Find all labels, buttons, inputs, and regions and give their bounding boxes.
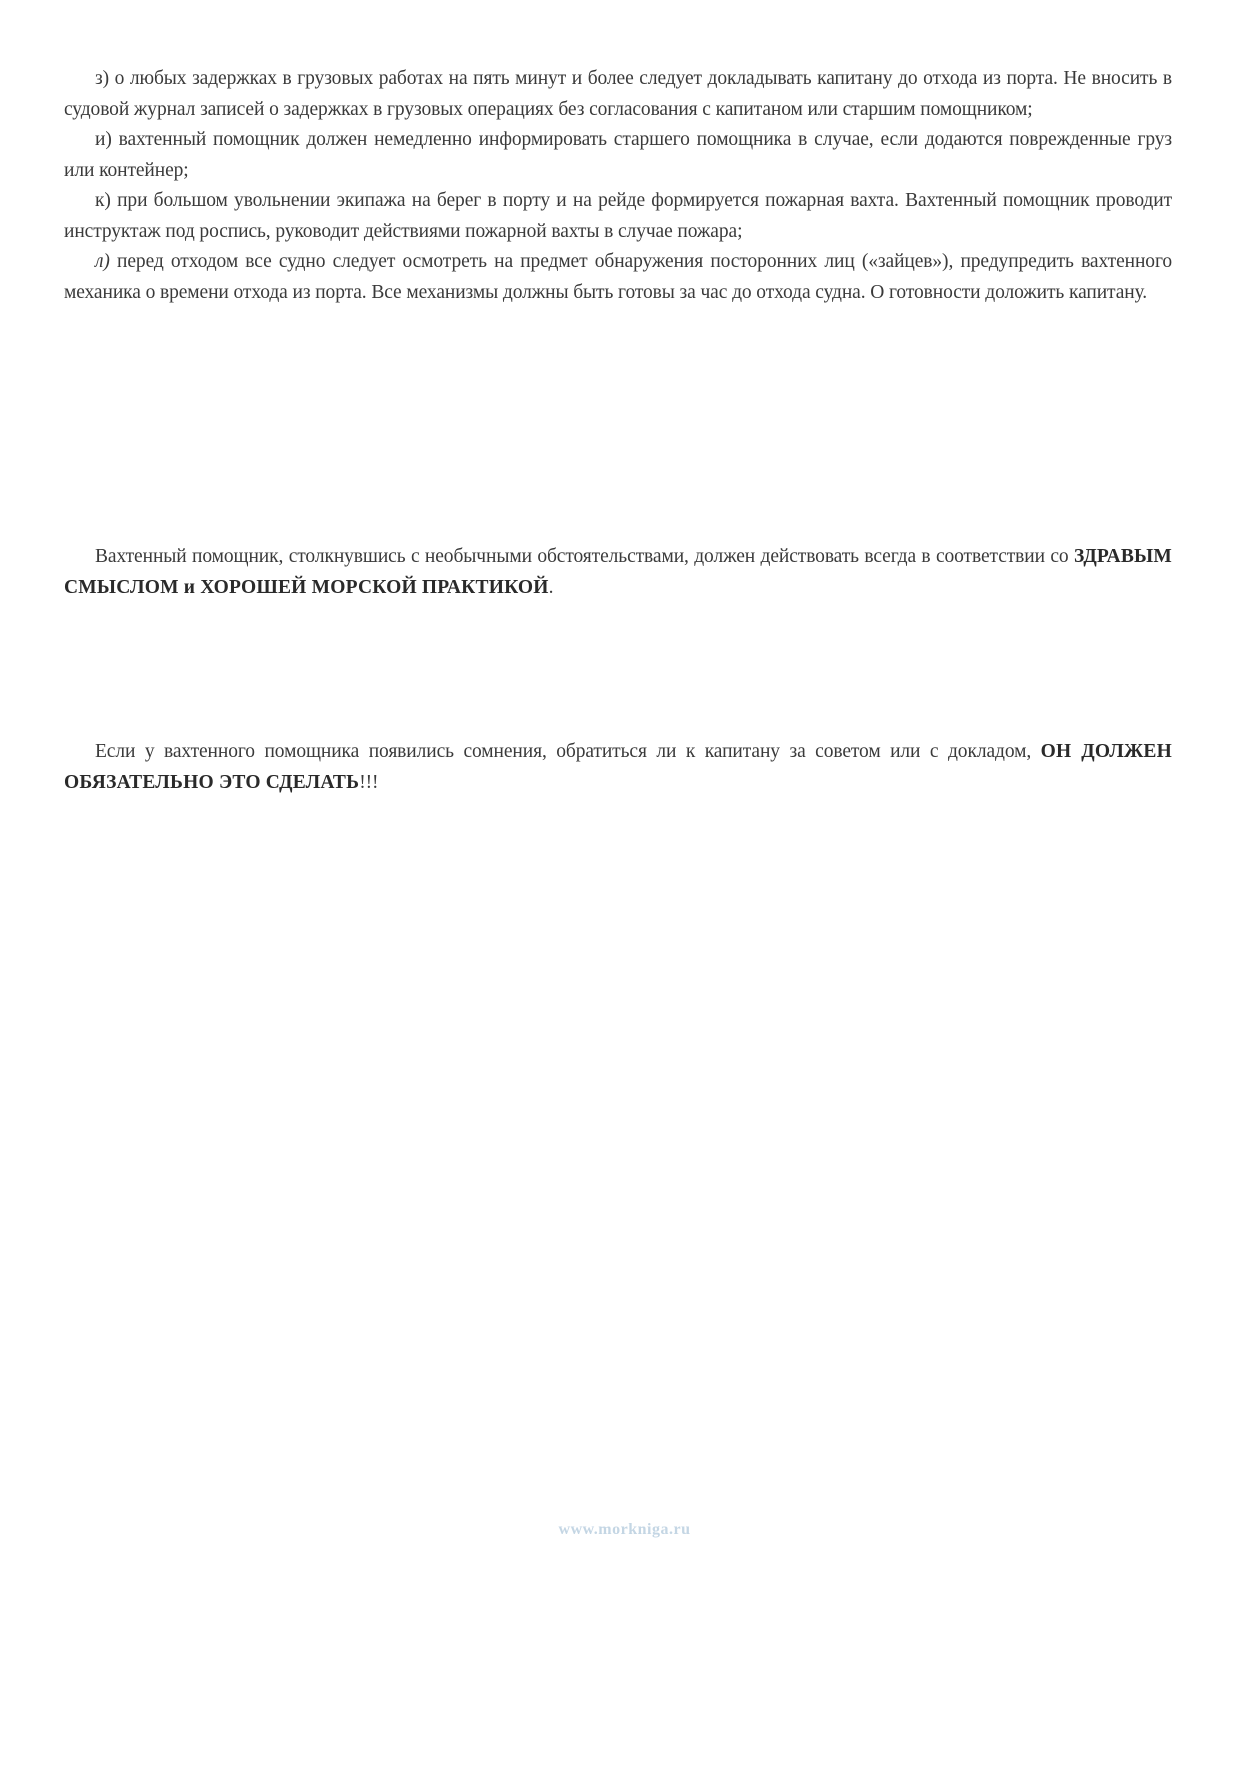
instruction-list: з) о любых задержках в грузовых работах …: [64, 64, 1172, 308]
list-item-text: о любых задержках в грузовых работах на …: [64, 68, 1172, 120]
list-item-text: при большом увольнении экипажа на берег …: [64, 190, 1172, 242]
list-item: и) вахтенный помощник должен немедленно …: [64, 125, 1172, 186]
list-marker: к): [95, 190, 111, 211]
list-item-text: перед отходом все судно следует осмотрет…: [64, 251, 1172, 303]
list-marker: з): [95, 68, 109, 89]
emphasis-good-seamanship: ХОРОШЕЙ МОРСКОЙ ПРАКТИКОЙ: [200, 577, 548, 598]
note-text-end: .: [549, 577, 554, 598]
note-text-end: !!!: [359, 772, 378, 793]
watermark: www.morkniga.ru: [0, 1521, 1249, 1539]
emphasis-connector: и: [179, 577, 201, 598]
common-sense-note: Вахтенный помощник, столкнувшись с необы…: [64, 542, 1172, 603]
list-item: л) перед отходом все судно следует осмот…: [64, 247, 1172, 308]
note-text: Вахтенный помощник, столкнувшись с необы…: [95, 546, 1074, 567]
list-item: к) при большом увольнении экипажа на бер…: [64, 186, 1172, 247]
list-marker: и): [95, 129, 112, 150]
list-item-text: вахтенный помощник должен немедленно инф…: [64, 129, 1172, 181]
list-marker: л): [95, 251, 110, 272]
note-paragraph: Если у вахтенного помощника появились со…: [64, 737, 1172, 798]
note-paragraph: Вахтенный помощник, столкнувшись с необы…: [64, 542, 1172, 603]
doubt-report-note: Если у вахтенного помощника появились со…: [64, 737, 1172, 798]
list-item: з) о любых задержках в грузовых работах …: [64, 64, 1172, 125]
note-text: Если у вахтенного помощника появились со…: [95, 741, 1041, 762]
